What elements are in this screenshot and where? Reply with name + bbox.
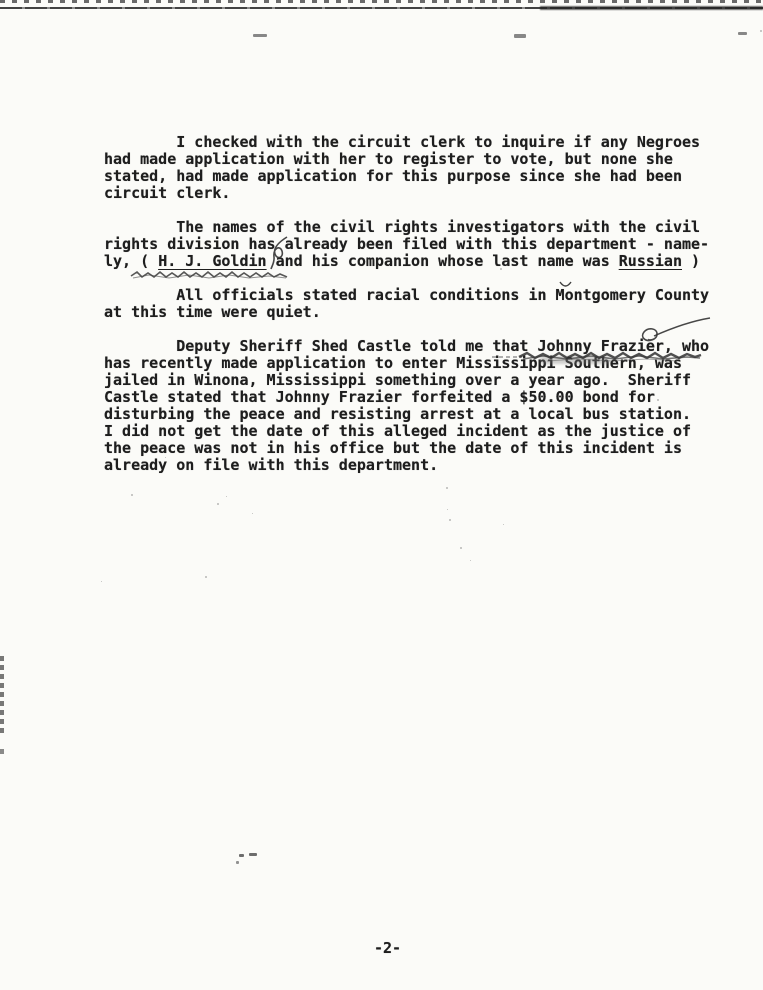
text-line: ly, ( H. J. Goldin and his companion who…	[104, 253, 709, 270]
handwritten-flourish-above-frazier-icon	[630, 316, 712, 346]
text-segment: I checked with the circuit clerk to inqu…	[104, 133, 700, 151]
scan-speck	[131, 494, 133, 496]
blank-line	[104, 321, 709, 338]
stray-pencil-mark	[239, 854, 244, 857]
scan-edge-left-dash	[0, 749, 4, 754]
text-segment: rights division has already been filed w…	[104, 235, 709, 253]
stray-pencil-mark	[236, 861, 239, 864]
scan-speck	[460, 547, 462, 549]
stray-pencil-dash	[738, 32, 747, 35]
scan-speck	[760, 30, 762, 32]
blank-line	[104, 202, 709, 219]
scan-speck	[205, 576, 207, 578]
text-line: had made application with her to registe…	[104, 151, 709, 168]
text-segment: at this time were quiet.	[104, 303, 321, 321]
stray-pencil-dash	[514, 34, 526, 38]
scan-speck	[165, 457, 166, 458]
text-line: at this time were quiet.	[104, 304, 709, 321]
pencil-scribble-under-frazier-icon	[517, 350, 703, 364]
text-segment: had made application with her to registe…	[104, 150, 673, 168]
stray-pencil-dash	[253, 34, 267, 37]
text-segment: disturbing the peace and resisting arres…	[104, 405, 691, 423]
text-segment: ly, (	[104, 252, 158, 270]
text-segment: Castle stated that Johnny Frazier forfei…	[104, 388, 655, 406]
text-line: circuit clerk.	[104, 185, 709, 202]
text-line: stated, had made application for this pu…	[104, 168, 709, 185]
scan-speck	[226, 496, 227, 497]
scanned-document-page: I checked with the circuit clerk to inqu…	[0, 0, 763, 990]
scan-speck	[252, 513, 253, 514]
scan-speck	[470, 560, 471, 561]
text-segment: the peace was not in his office but the …	[104, 439, 682, 457]
text-segment: I did not get the date of this alleged i…	[104, 422, 691, 440]
text-segment: jailed in Winona, Mississippi something …	[104, 371, 691, 389]
text-line: already on file with this department.	[104, 457, 709, 474]
text-line: the peace was not in his office but the …	[104, 440, 709, 457]
text-line: jailed in Winona, Mississippi something …	[104, 372, 709, 389]
text-segment: circuit clerk.	[104, 184, 230, 202]
scan-speck	[217, 503, 219, 505]
scan-speck	[615, 290, 616, 291]
document-body: I checked with the circuit clerk to inqu…	[104, 134, 709, 474]
stray-pencil-mark	[249, 853, 257, 856]
scan-edge-top-heavy	[540, 6, 763, 10]
underlined-text-segment: H. J. Goldin	[158, 252, 266, 270]
text-line: disturbing the peace and resisting arres…	[104, 406, 709, 423]
page-number: -2-	[374, 939, 401, 957]
text-line: I checked with the circuit clerk to inqu…	[104, 134, 709, 151]
handwritten-insertion-mark-icon	[265, 235, 291, 271]
breve-mark-montgomery-icon	[559, 281, 573, 291]
scan-speck	[446, 487, 448, 489]
text-segment: All officials stated racial conditions i…	[104, 286, 709, 304]
text-line: I did not get the date of this alleged i…	[104, 423, 709, 440]
underlined-text-segment: Russian	[619, 252, 682, 270]
scan-speck	[101, 581, 102, 582]
scan-speck	[447, 509, 448, 510]
scan-edge-left-dashes	[0, 656, 4, 734]
text-segment: )	[682, 252, 700, 270]
text-line: rights division has already been filed w…	[104, 236, 709, 253]
text-line: Castle stated that Johnny Frazier forfei…	[104, 389, 709, 406]
scan-speck	[503, 524, 504, 525]
scan-speck	[500, 268, 502, 270]
scan-speck	[449, 519, 451, 521]
text-segment: and his companion whose last name was	[267, 252, 619, 270]
scan-speck	[657, 399, 659, 401]
scan-speck	[544, 431, 545, 432]
scan-edge-top-dotted	[0, 0, 763, 3]
text-line: All officials stated racial conditions i…	[104, 287, 709, 304]
text-segment: The names of the civil rights investigat…	[104, 218, 700, 236]
text-line: The names of the civil rights investigat…	[104, 219, 709, 236]
text-segment: already on file with this department.	[104, 456, 438, 474]
text-segment: stated, had made application for this pu…	[104, 167, 682, 185]
